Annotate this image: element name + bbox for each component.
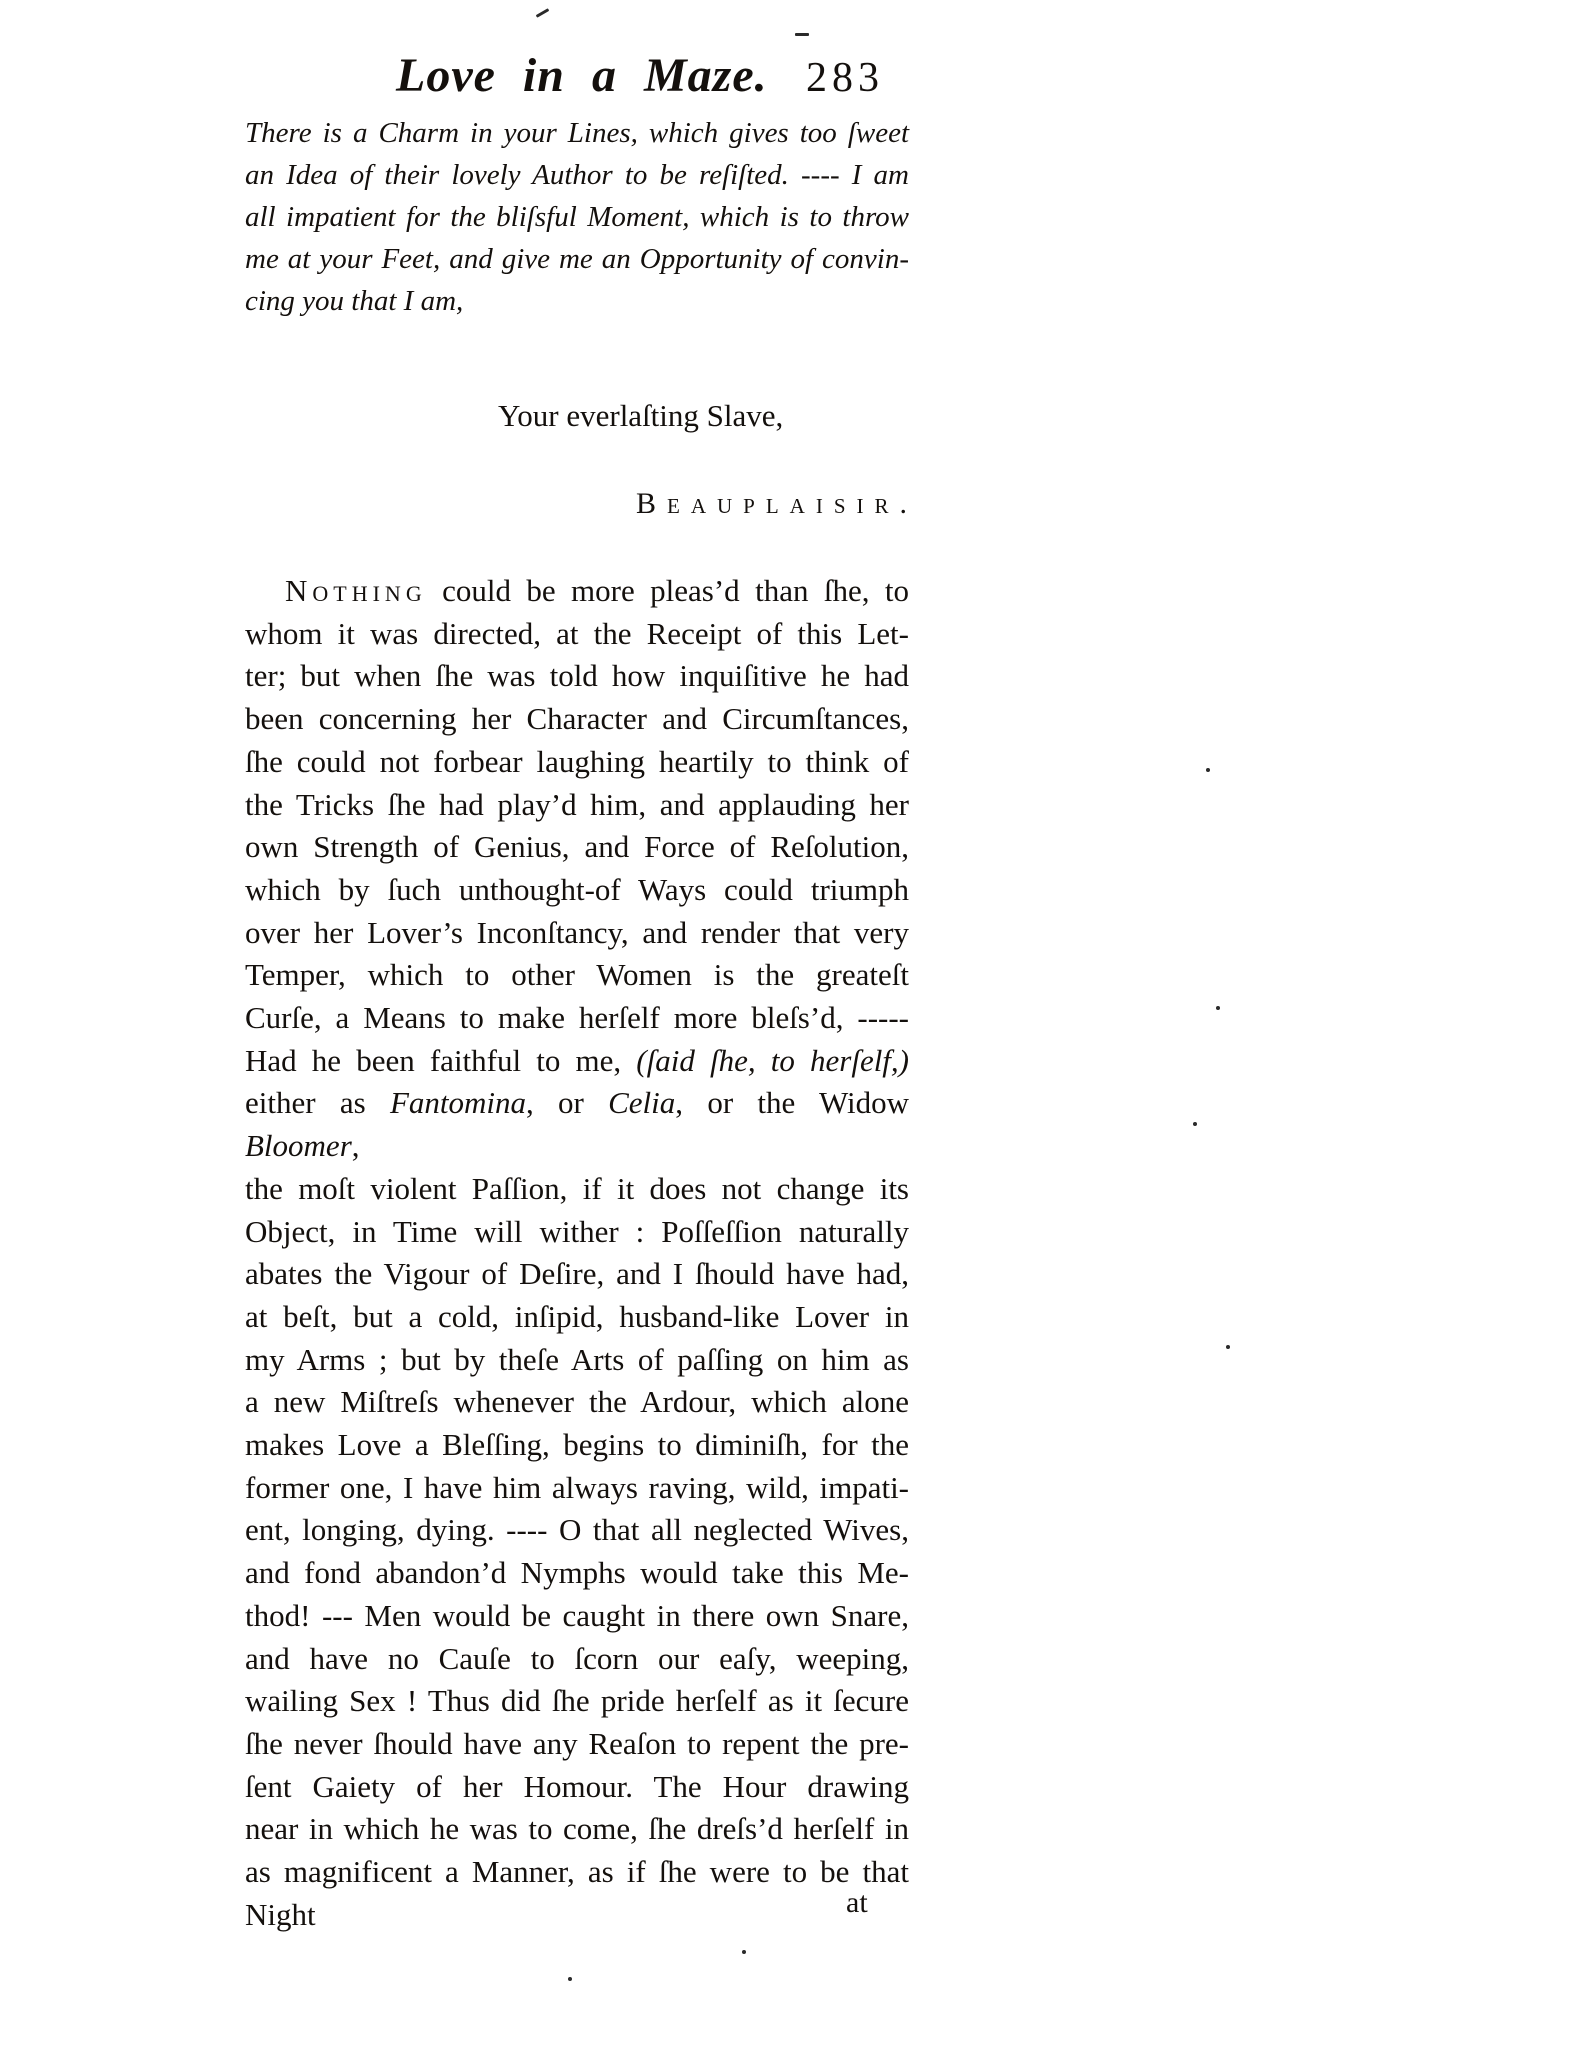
text-line: ſent Gaiety of her Homour. The Hour draw…: [245, 1766, 909, 1809]
text-segment: (ſaid ſhe, to herſelf,): [636, 1043, 909, 1078]
scan-speck: [568, 1977, 572, 1981]
text-line: at beſt, but a cold, inſipid, husband-li…: [245, 1296, 909, 1339]
scan-speck: [1193, 1122, 1197, 1126]
text-line: cing you that I am,: [245, 280, 909, 322]
scan-speck: [742, 1950, 746, 1954]
text-segment: Celia: [608, 1085, 675, 1120]
text-line: me at your Feet, and give me an Opportun…: [245, 238, 909, 280]
text-line: thod! --- Men would be caught in there o…: [245, 1595, 909, 1638]
text-line: the Tricks ſhe had play’d him, and appla…: [245, 784, 909, 827]
text-line: ſhe could not forbear laughing heartily …: [245, 741, 909, 784]
text-segment: either as: [245, 1085, 390, 1120]
text-line: near in which he was to come, ſhe dreſs’…: [245, 1808, 909, 1851]
text-line: been concerning her Character and Circum…: [245, 698, 909, 741]
text-line: the moſt violent Paſſion, if it does not…: [245, 1168, 909, 1211]
text-segment: Bloomer: [245, 1128, 352, 1163]
page-title: Love in a Maze.: [396, 48, 768, 103]
text-line: Had he been faithful to me, (ſaid ſhe, t…: [245, 1040, 909, 1083]
text-segment: Had he been faithful to me,: [245, 1043, 636, 1078]
text-line: ent, longing, dying. ---- O that all neg…: [245, 1509, 909, 1552]
text-line: wailing Sex ! Thus did ſhe pride herſelf…: [245, 1680, 909, 1723]
text-line: ter; but when ſhe was told how inquiſiti…: [245, 655, 909, 698]
letter-signature: Beauplaisir.: [636, 487, 918, 521]
text-segment: , or the Widow: [675, 1085, 909, 1120]
text-line: Curſe, a Means to make herſelf more bleſ…: [245, 997, 909, 1040]
catchword: at: [846, 1886, 868, 1920]
scan-speck: [1226, 1345, 1230, 1349]
letter-closing: Your everlaſting Slave,: [498, 398, 783, 434]
text-line: a new Miſtreſs whenever the Ardour, whic…: [245, 1381, 909, 1424]
text-line: whom it was directed, at the Receipt of …: [245, 613, 909, 656]
text-line: an Idea of their lovely Author to be reſ…: [245, 154, 909, 196]
text-segment: could be more pleas’d than ſhe, to: [427, 573, 909, 608]
text-line: Temper, which to other Women is the grea…: [245, 954, 909, 997]
text-line: over her Lover’s Inconſtancy, and render…: [245, 912, 909, 955]
letter-paragraph: There is a Charm in your Lines, which gi…: [245, 112, 909, 322]
text-segment: ,: [352, 1128, 360, 1163]
text-line: abates the Vigour of Deſire, and I ſhoul…: [245, 1253, 909, 1296]
text-line: own Strength of Genius, and Force of Reſ…: [245, 826, 909, 869]
scan-speck: [795, 33, 809, 36]
text-line: and fond abandon’d Nymphs would take thi…: [245, 1552, 909, 1595]
text-line: as magnificent a Manner, as if ſhe were …: [245, 1851, 909, 1936]
text-line: Object, in Time will wither : Poſſeſſion…: [245, 1211, 909, 1254]
body-paragraph: Nothing could be more pleas’d than ſhe, …: [245, 570, 909, 1937]
text-segment: Fantomina: [390, 1085, 526, 1120]
book-page-scan: Love in a Maze. 283 There is a Charm in …: [0, 0, 1590, 2057]
text-line: makes Love a Bleſſing, begins to diminiſ…: [245, 1424, 909, 1467]
text-segment: , or: [526, 1085, 608, 1120]
text-segment: Nothing: [285, 573, 427, 608]
scan-speck: [1206, 768, 1210, 772]
text-line: all impatient for the bliſsful Moment, w…: [245, 196, 909, 238]
text-line: ſhe never ſhould have any Reaſon to repe…: [245, 1723, 909, 1766]
text-line: my Arms ; but by theſe Arts of paſſing o…: [245, 1339, 909, 1382]
text-line: which by ſuch unthought-of Ways could tr…: [245, 869, 909, 912]
scan-speck: [536, 8, 550, 18]
text-line: former one, I have him always raving, wi…: [245, 1467, 909, 1510]
text-line: Nothing could be more pleas’d than ſhe, …: [245, 570, 909, 613]
text-line: There is a Charm in your Lines, which gi…: [245, 112, 909, 154]
page-number: 283: [806, 54, 884, 102]
text-line: either as Fantomina, or Celia, or the Wi…: [245, 1082, 909, 1167]
text-line: and have no Cauſe to ſcorn our eaſy, wee…: [245, 1638, 909, 1681]
scan-speck: [1216, 1006, 1220, 1010]
